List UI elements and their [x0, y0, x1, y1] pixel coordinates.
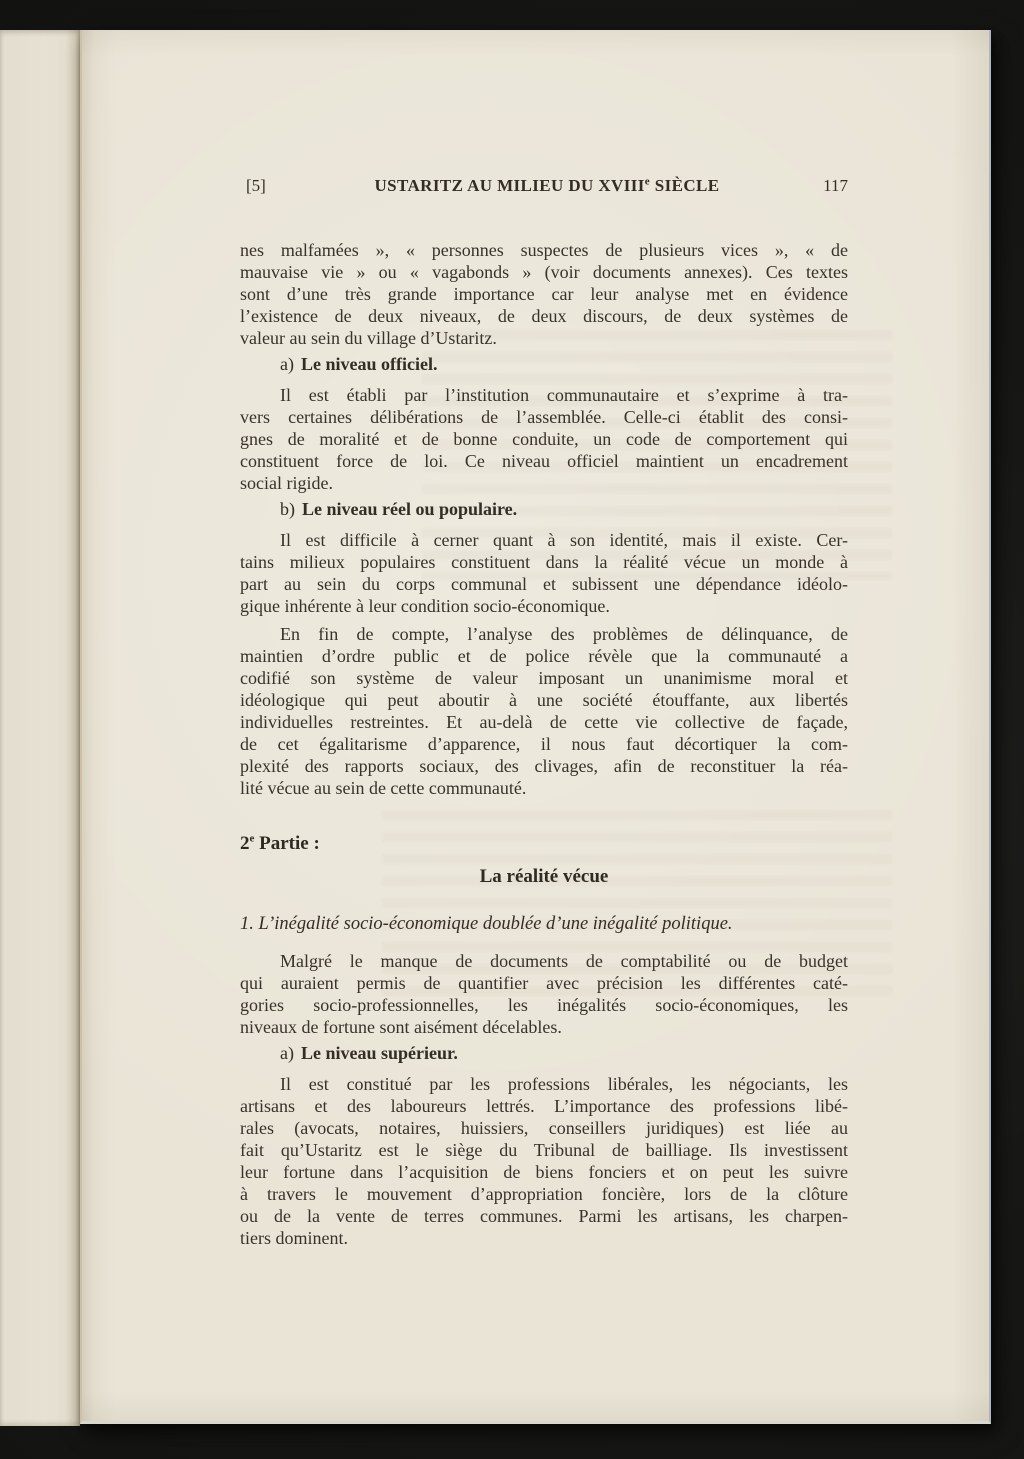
scan-background: [5] USTARITZ AU MILIEU DU XVIIIe SIÈCLE … — [0, 0, 1024, 1459]
section-marker: [5] — [240, 176, 318, 196]
part-number: 2 — [240, 833, 250, 854]
facing-page-edge — [0, 30, 80, 1426]
running-title-main: USTARITZ AU MILIEU DU XVIII — [375, 176, 645, 195]
text-line: gnes de moralité et de bonne conduite, u… — [240, 428, 848, 450]
text-line: vers certaines délibérations de l’assemb… — [240, 406, 848, 428]
book-page: [5] USTARITZ AU MILIEU DU XVIIIe SIÈCLE … — [80, 30, 991, 1424]
part-heading: 2e Partie : — [240, 832, 848, 856]
text-line: nes malfamées », « personnes suspectes d… — [240, 239, 848, 261]
text-line: individuelles restreintes. Et au-delà de… — [240, 711, 848, 733]
text-line: sont d’une très grande importance car le… — [240, 283, 848, 305]
paragraph: Malgré le manque de documents de comptab… — [240, 950, 848, 1038]
text-line: lité vécue au sein de cette communauté. — [240, 777, 848, 799]
subheading-label: b) — [280, 499, 295, 519]
subheading: a)Le niveau officiel. — [280, 353, 848, 375]
text-line: artisans et des laboureurs lettrés. L’im… — [240, 1095, 848, 1117]
text-line: rales (avocats, notaires, huissiers, con… — [240, 1117, 848, 1139]
section-title: La réalité vécue — [240, 865, 848, 889]
text-line: Il est constitué par les professions lib… — [240, 1073, 848, 1095]
page-header: [5] USTARITZ AU MILIEU DU XVIIIe SIÈCLE … — [240, 176, 848, 196]
text-line: de cet égalitarisme d’apparence, il nous… — [240, 733, 848, 755]
text-line: constituent force de loi. Ce niveau offi… — [240, 450, 848, 472]
text-line: leur fortune dans l’acquisition de biens… — [240, 1161, 848, 1183]
text-area: [5] USTARITZ AU MILIEU DU XVIIIe SIÈCLE … — [240, 176, 848, 1249]
subheading-title: Le niveau réel ou populaire. — [302, 499, 517, 519]
text-line: part au sein du corps communal et subiss… — [240, 573, 848, 595]
text-line: gique inhérente à leur condition socio-é… — [240, 595, 848, 617]
paragraph: Il est constitué par les professions lib… — [240, 1073, 848, 1249]
subheading-label: a) — [280, 354, 294, 374]
text-line: gories socio-professionnelles, les inéga… — [240, 994, 848, 1016]
text-body: nes malfamées », « personnes suspectes d… — [240, 239, 848, 1249]
text-line: niveaux de fortune sont aisément décelab… — [240, 1016, 848, 1038]
text-line: social rigide. — [240, 472, 848, 494]
text-line: tains milieux populaires constituent dan… — [240, 551, 848, 573]
text-line: qui auraient permis de quantifier avec p… — [240, 972, 848, 994]
subheading-title: Le niveau supérieur. — [301, 1043, 458, 1063]
paragraph: nes malfamées », « personnes suspectes d… — [240, 239, 848, 349]
subheading: b)Le niveau réel ou populaire. — [280, 498, 848, 520]
text-line: idéologique qui peut aboutir à une socié… — [240, 689, 848, 711]
page-number: 117 — [776, 176, 848, 196]
subheading-label: a) — [280, 1043, 294, 1063]
running-title: USTARITZ AU MILIEU DU XVIIIe SIÈCLE — [318, 176, 776, 196]
text-line: plexité des rapports sociaux, des clivag… — [240, 755, 848, 777]
part-heading-text: Partie : — [254, 833, 319, 854]
text-line: ou de la vente de terres communes. Parmi… — [240, 1205, 848, 1227]
subheading-title: Le niveau officiel. — [301, 354, 437, 374]
text-line: Malgré le manque de documents de comptab… — [240, 950, 848, 972]
text-line: maintien d’ordre public et de police rév… — [240, 645, 848, 667]
text-line: mauvaise vie » ou « vagabonds » (voir do… — [240, 261, 848, 283]
text-line: Il est difficile à cerner quant à son id… — [240, 529, 848, 551]
text-line: fait qu’Ustaritz est le siège du Tribuna… — [240, 1139, 848, 1161]
text-line: tiers dominent. — [240, 1227, 848, 1249]
text-line: l’existence de deux niveaux, de deux dis… — [240, 305, 848, 327]
text-line: En fin de compte, l’analyse des problème… — [240, 623, 848, 645]
paragraph: Il est établi par l’institution communau… — [240, 384, 848, 494]
paragraph: En fin de compte, l’analyse des problème… — [240, 623, 848, 799]
text-line: Il est établi par l’institution communau… — [240, 384, 848, 406]
subheading: a)Le niveau supérieur. — [280, 1042, 848, 1064]
running-title-suffix: SIÈCLE — [650, 176, 719, 195]
numbered-subtitle: 1. L’inégalité socio-économique doublée … — [240, 912, 848, 936]
paragraph: Il est difficile à cerner quant à son id… — [240, 529, 848, 617]
text-line: à travers le mouvement d’appropriation f… — [240, 1183, 848, 1205]
text-line: valeur au sein du village d’Ustaritz. — [240, 327, 848, 349]
text-line: codifié son système de valeur imposant u… — [240, 667, 848, 689]
